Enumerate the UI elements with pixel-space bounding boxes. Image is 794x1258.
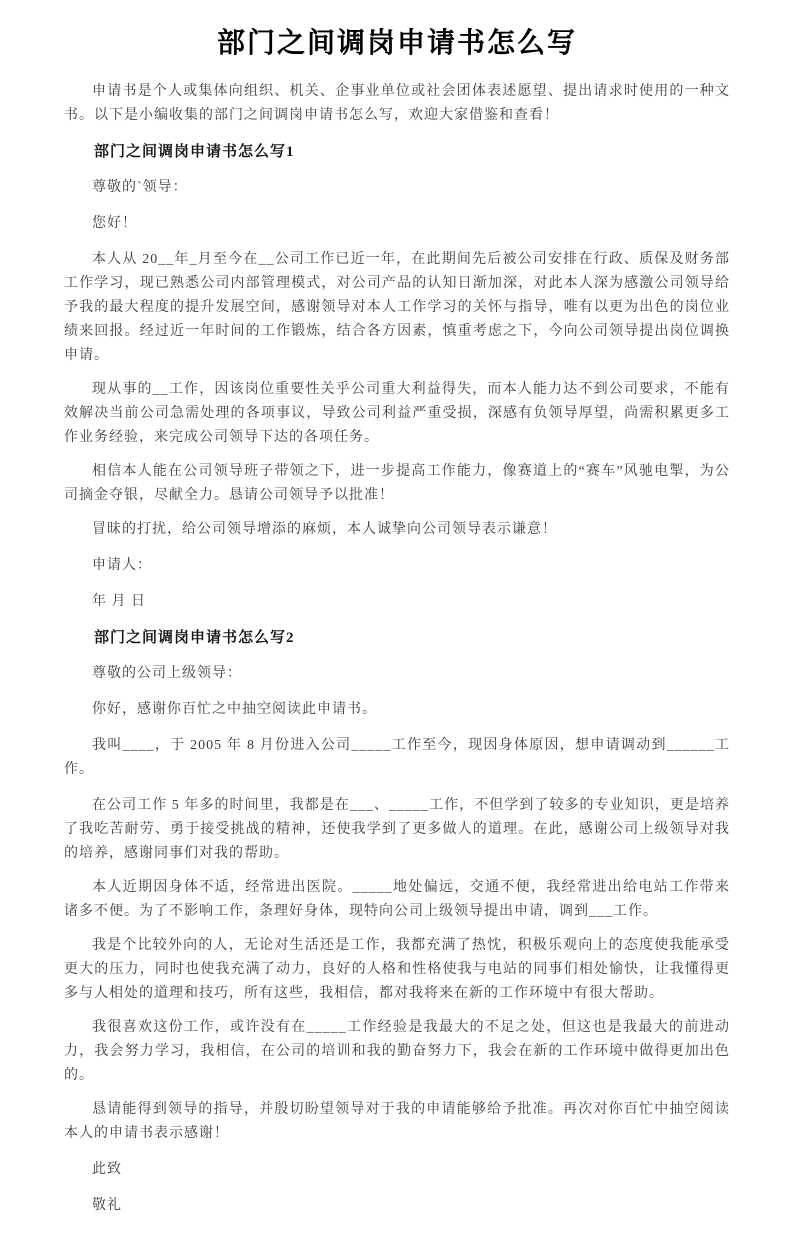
section1-body-paragraph-2: 现从事的__工作，因该岗位重要性关乎公司重大利益得失，而本人能力达不到公司要求，… [64, 378, 730, 450]
section2-body-paragraph-1: 我叫____，于 2005 年 8 月份进入公司_____工作至今，现因身体原因… [64, 734, 730, 782]
section1-signature-label: 申请人： [64, 554, 730, 578]
section2-greeting: 你好，感谢你百忙之中抽空阅读此申请书。 [64, 698, 730, 722]
section1-body-paragraph-1: 本人从 20__年_月至今在__公司工作已近一年，在此期间先后被公司安排在行政、… [64, 248, 730, 368]
section1-body-paragraph-4: 冒昧的打扰，给公司领导增添的麻烦，本人诚挚向公司领导表示谦意！ [64, 518, 730, 542]
section2-body-paragraph-2: 在公司工作 5 年多的时间里，我都是在___、_____工作，不但学到了较多的专… [64, 794, 730, 866]
document-page: 部门之间调岗申请书怎么写 申请书是个人或集体向组织、机关、企事业单位或社会团体表… [0, 0, 794, 1258]
intro-paragraph: 申请书是个人或集体向组织、机关、企事业单位或社会团体表述愿望、提出请求时使用的一… [64, 80, 730, 128]
section2-body-paragraph-5: 我很喜欢这份工作，或许没有在_____工作经验是我最大的不足之处，但这也是我最大… [64, 1016, 730, 1088]
section1-salutation: 尊敬的`领导： [64, 176, 730, 200]
section2-body-paragraph-4: 我是个比较外向的人，无论对生活还是工作，我都充满了热忱，积极乐观向上的态度使我能… [64, 934, 730, 1006]
section2-heading: 部门之间调岗申请书怎么写2 [64, 626, 730, 650]
section1-date-line: 年 月 日 [64, 590, 730, 614]
section1-greeting: 您好！ [64, 212, 730, 236]
section2-body-paragraph-3: 本人近期因身体不适，经常进出医院。_____地处偏远，交通不便，我经常进出给电站… [64, 876, 730, 924]
page-title: 部门之间调岗申请书怎么写 [64, 24, 730, 62]
section1-heading: 部门之间调岗申请书怎么写1 [64, 140, 730, 164]
section2-closing-cizhi: 此致 [64, 1158, 730, 1182]
section2-body-paragraph-6: 恳请能得到领导的指导，并殷切盼望领导对于我的申请能够给予批准。再次对你百忙中抽空… [64, 1098, 730, 1146]
section2-closing-jingli: 敬礼 [64, 1194, 730, 1218]
section2-salutation: 尊敬的公司上级领导： [64, 662, 730, 686]
section1-body-paragraph-3: 相信本人能在公司领导班子带领之下，进一步提高工作能力，像赛道上的“赛车”风驰电掣… [64, 460, 730, 508]
